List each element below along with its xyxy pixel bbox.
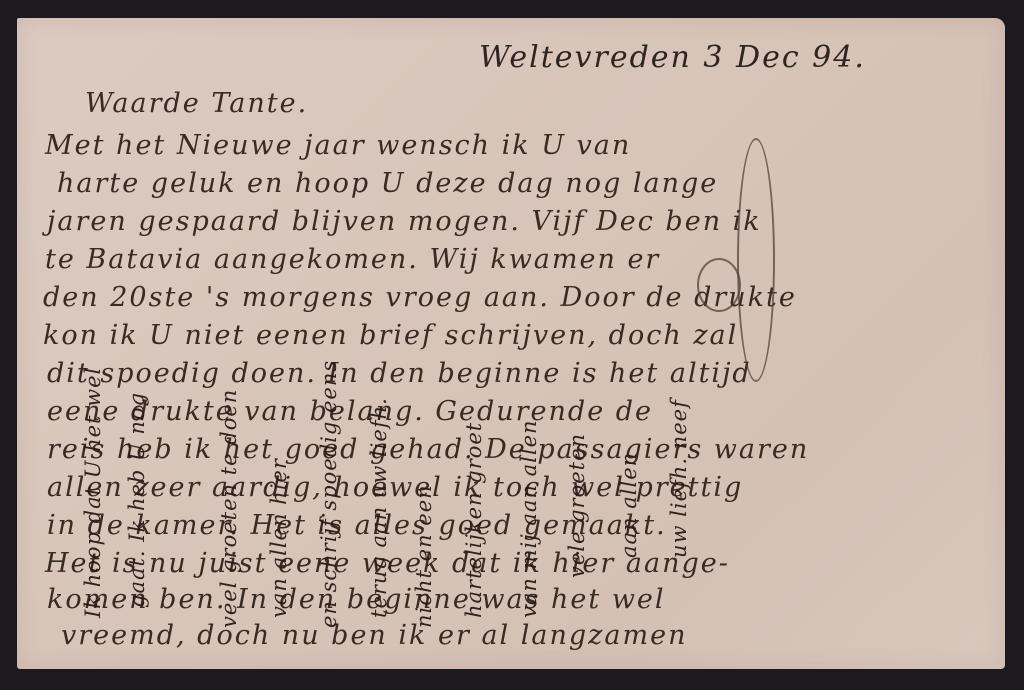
cross-written-line: nicht en een [412, 484, 436, 628]
letter-line: kon ik U niet eenen brief schrijven, doc… [43, 320, 738, 351]
cross-written-line: gaat. Ik heb U nog [125, 392, 149, 608]
letter-line: vreemd, doch nu ben ik er al langzamen [61, 620, 687, 651]
photo-frame: Weltevreden 3 Dec 94. Waarde Tante. Met … [0, 0, 1024, 690]
cross-written-line: Ik hoop dat U het wel [81, 367, 105, 618]
letter-line: te Batavia aangekomen. Wij kwamen er [45, 244, 660, 275]
cross-written-line: hartelijken groet [462, 422, 486, 618]
letter-line: jaren gespaard blijven mogen. Vijf Dec b… [47, 206, 762, 237]
letter-line: den 20ste 's morgens vroeg aan. Door de … [43, 282, 797, 313]
cross-written-line: vele groeten [565, 433, 589, 578]
place-date-heading: Weltevreden 3 Dec 94. [479, 40, 866, 75]
cross-written-line: uw liefh. neef [667, 399, 691, 558]
postcard: Weltevreden 3 Dec 94. Waarde Tante. Met … [17, 18, 1005, 669]
letter-line: reis heb ik het goed gehad. De passagier… [47, 434, 809, 465]
cross-written-line: en schrijf spoedig eens [317, 360, 341, 628]
letter-line: dit spoedig doen. In den beginne is het … [47, 358, 752, 389]
cross-written-line: aan allen [617, 452, 641, 558]
cross-written-line: van allen hier [267, 458, 291, 618]
letter-line: harte geluk en hoop U deze dag nog lange [57, 168, 718, 199]
cross-written-line: terug aan uw liefh. [367, 397, 391, 618]
ink-loop-mark [737, 138, 775, 382]
cross-written-line: veel groeten te doen [217, 389, 241, 628]
salutation-line: Waarde Tante. [85, 88, 308, 119]
ink-loop-mark [697, 258, 741, 312]
letter-line: Met het Nieuwe jaar wensch ik U van [45, 130, 631, 161]
cross-written-line: van mij aan allen [517, 419, 541, 618]
